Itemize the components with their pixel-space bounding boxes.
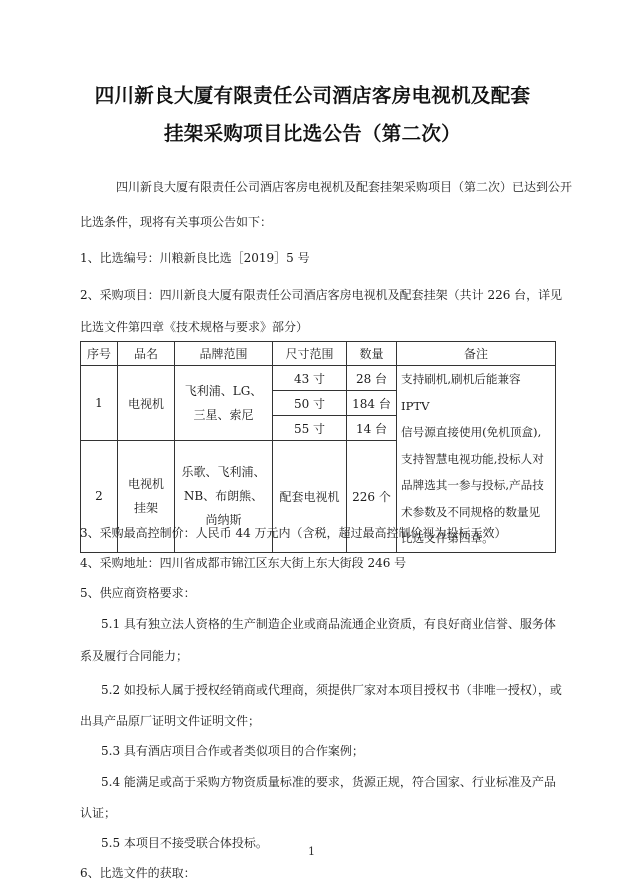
row1-name: 电视机 (118, 366, 175, 441)
document-title-line2: 挂架采购项目比选公告（第二次） (0, 118, 625, 146)
row1-size-50: 50 寸 (273, 391, 347, 416)
item-1-bid-number: 1、比选编号：川粮新良比选［2019］5 号 (80, 251, 310, 265)
table-header-row: 序号 品名 品牌范围 尺寸范围 数量 备注 (81, 342, 556, 366)
procurement-spec-table: 序号 品名 品牌范围 尺寸范围 数量 备注 1 电视机 飞利浦、LG、 三星、索… (80, 341, 556, 553)
remark-line: 品牌选其一参与投标,产品技 (401, 472, 551, 499)
row1-qty-55: 14 台 (347, 416, 397, 441)
item-5-1-line2: 系及履行合同能力； (80, 649, 188, 663)
row1-brands-line2: 三星、索尼 (175, 403, 272, 427)
item-5-4-line1: 5.4 能满足或高于采购方物资质量标准的要求，货源正规，符合国家、行业标准及产品 (101, 775, 556, 789)
remark-line: 支持智慧电视功能,投标人对 (401, 446, 551, 473)
header-brands: 品牌范围 (175, 342, 273, 366)
item-5-4-line2: 认证； (80, 806, 116, 820)
item-5-2-line2: 出具产品原厂证明文件证明文件； (80, 714, 260, 728)
item-5-3: 5.3 具有酒店项目合作或者类似项目的合作案例； (101, 744, 364, 758)
row1-no: 1 (81, 366, 118, 441)
item-5-1-line1: 5.1 具有独立法人资格的生产制造企业或商品流通企业资质，有良好商业信誉、服务体 (101, 617, 556, 631)
item-4-address: 4、采购地址：四川省成都市锦江区东大街上东大街段 246 号 (80, 556, 406, 570)
row1-size-43: 43 寸 (273, 366, 347, 391)
row1-qty-43: 28 台 (347, 366, 397, 391)
item-3-max-price: 3、采购最高控制价：人民币 44 万元内（含税，超过最高控制价视为投标无效） (80, 526, 507, 540)
row1-qty-50: 184 台 (347, 391, 397, 416)
header-no: 序号 (81, 342, 118, 366)
row2-name-line1: 电视机 (118, 472, 174, 496)
remark-cell: 支持刷机,刷机后能兼容 IPTV 信号源直接使用(免机顶盒), 支持智慧电视功能… (397, 366, 556, 553)
intro-paragraph-line1: 四川新良大厦有限责任公司酒店客房电视机及配套挂架采购项目（第二次）已达到公开 (116, 180, 572, 194)
header-qty: 数量 (347, 342, 397, 366)
remark-line: 支持刷机,刷机后能兼容 IPTV (401, 366, 551, 419)
document-title-line1: 四川新良大厦有限责任公司酒店客房电视机及配套 (0, 80, 625, 108)
table-row: 1 电视机 飞利浦、LG、 三星、索尼 43 寸 28 台 支持刷机,刷机后能兼… (81, 366, 556, 391)
remark-line: 术参数及不同规格的数量见 (401, 499, 551, 526)
intro-paragraph-line2: 比选条件，现将有关事项公告如下： (80, 215, 272, 229)
row2-brands-line1: 乐歌、飞利浦、 (175, 460, 272, 484)
page-number: 1 (308, 845, 315, 858)
item-6-heading: 6、比选文件的获取： (80, 866, 196, 880)
row1-size-55: 55 寸 (273, 416, 347, 441)
header-remark: 备注 (397, 342, 556, 366)
document-page: 四川新良大厦有限责任公司酒店客房电视机及配套 挂架采购项目比选公告（第二次） 四… (0, 0, 625, 895)
row1-brands-line1: 飞利浦、LG、 (175, 379, 272, 403)
row2-name-line2: 挂架 (118, 496, 174, 520)
header-size: 尺寸范围 (273, 342, 347, 366)
item-2-line1: 2、采购项目：四川新良大厦有限责任公司酒店客房电视机及配套挂架（共计 226 台… (80, 288, 562, 302)
header-name: 品名 (118, 342, 175, 366)
row1-brands: 飞利浦、LG、 三星、索尼 (175, 366, 273, 441)
item-5-heading: 5、供应商资格要求： (80, 586, 196, 600)
item-5-5: 5.5 本项目不接受联合体投标。 (101, 836, 268, 850)
item-5-2-line1: 5.2 如投标人属于授权经销商或代理商，须提供厂家对本项目授权书（非唯一授权），… (101, 683, 562, 697)
item-2-line2: 比选文件第四章《技术规格与要求》部分） (80, 320, 308, 334)
row2-brands-line2: NB、布朗熊、 (175, 484, 272, 508)
remark-line: 信号源直接使用(免机顶盒), (401, 419, 551, 446)
